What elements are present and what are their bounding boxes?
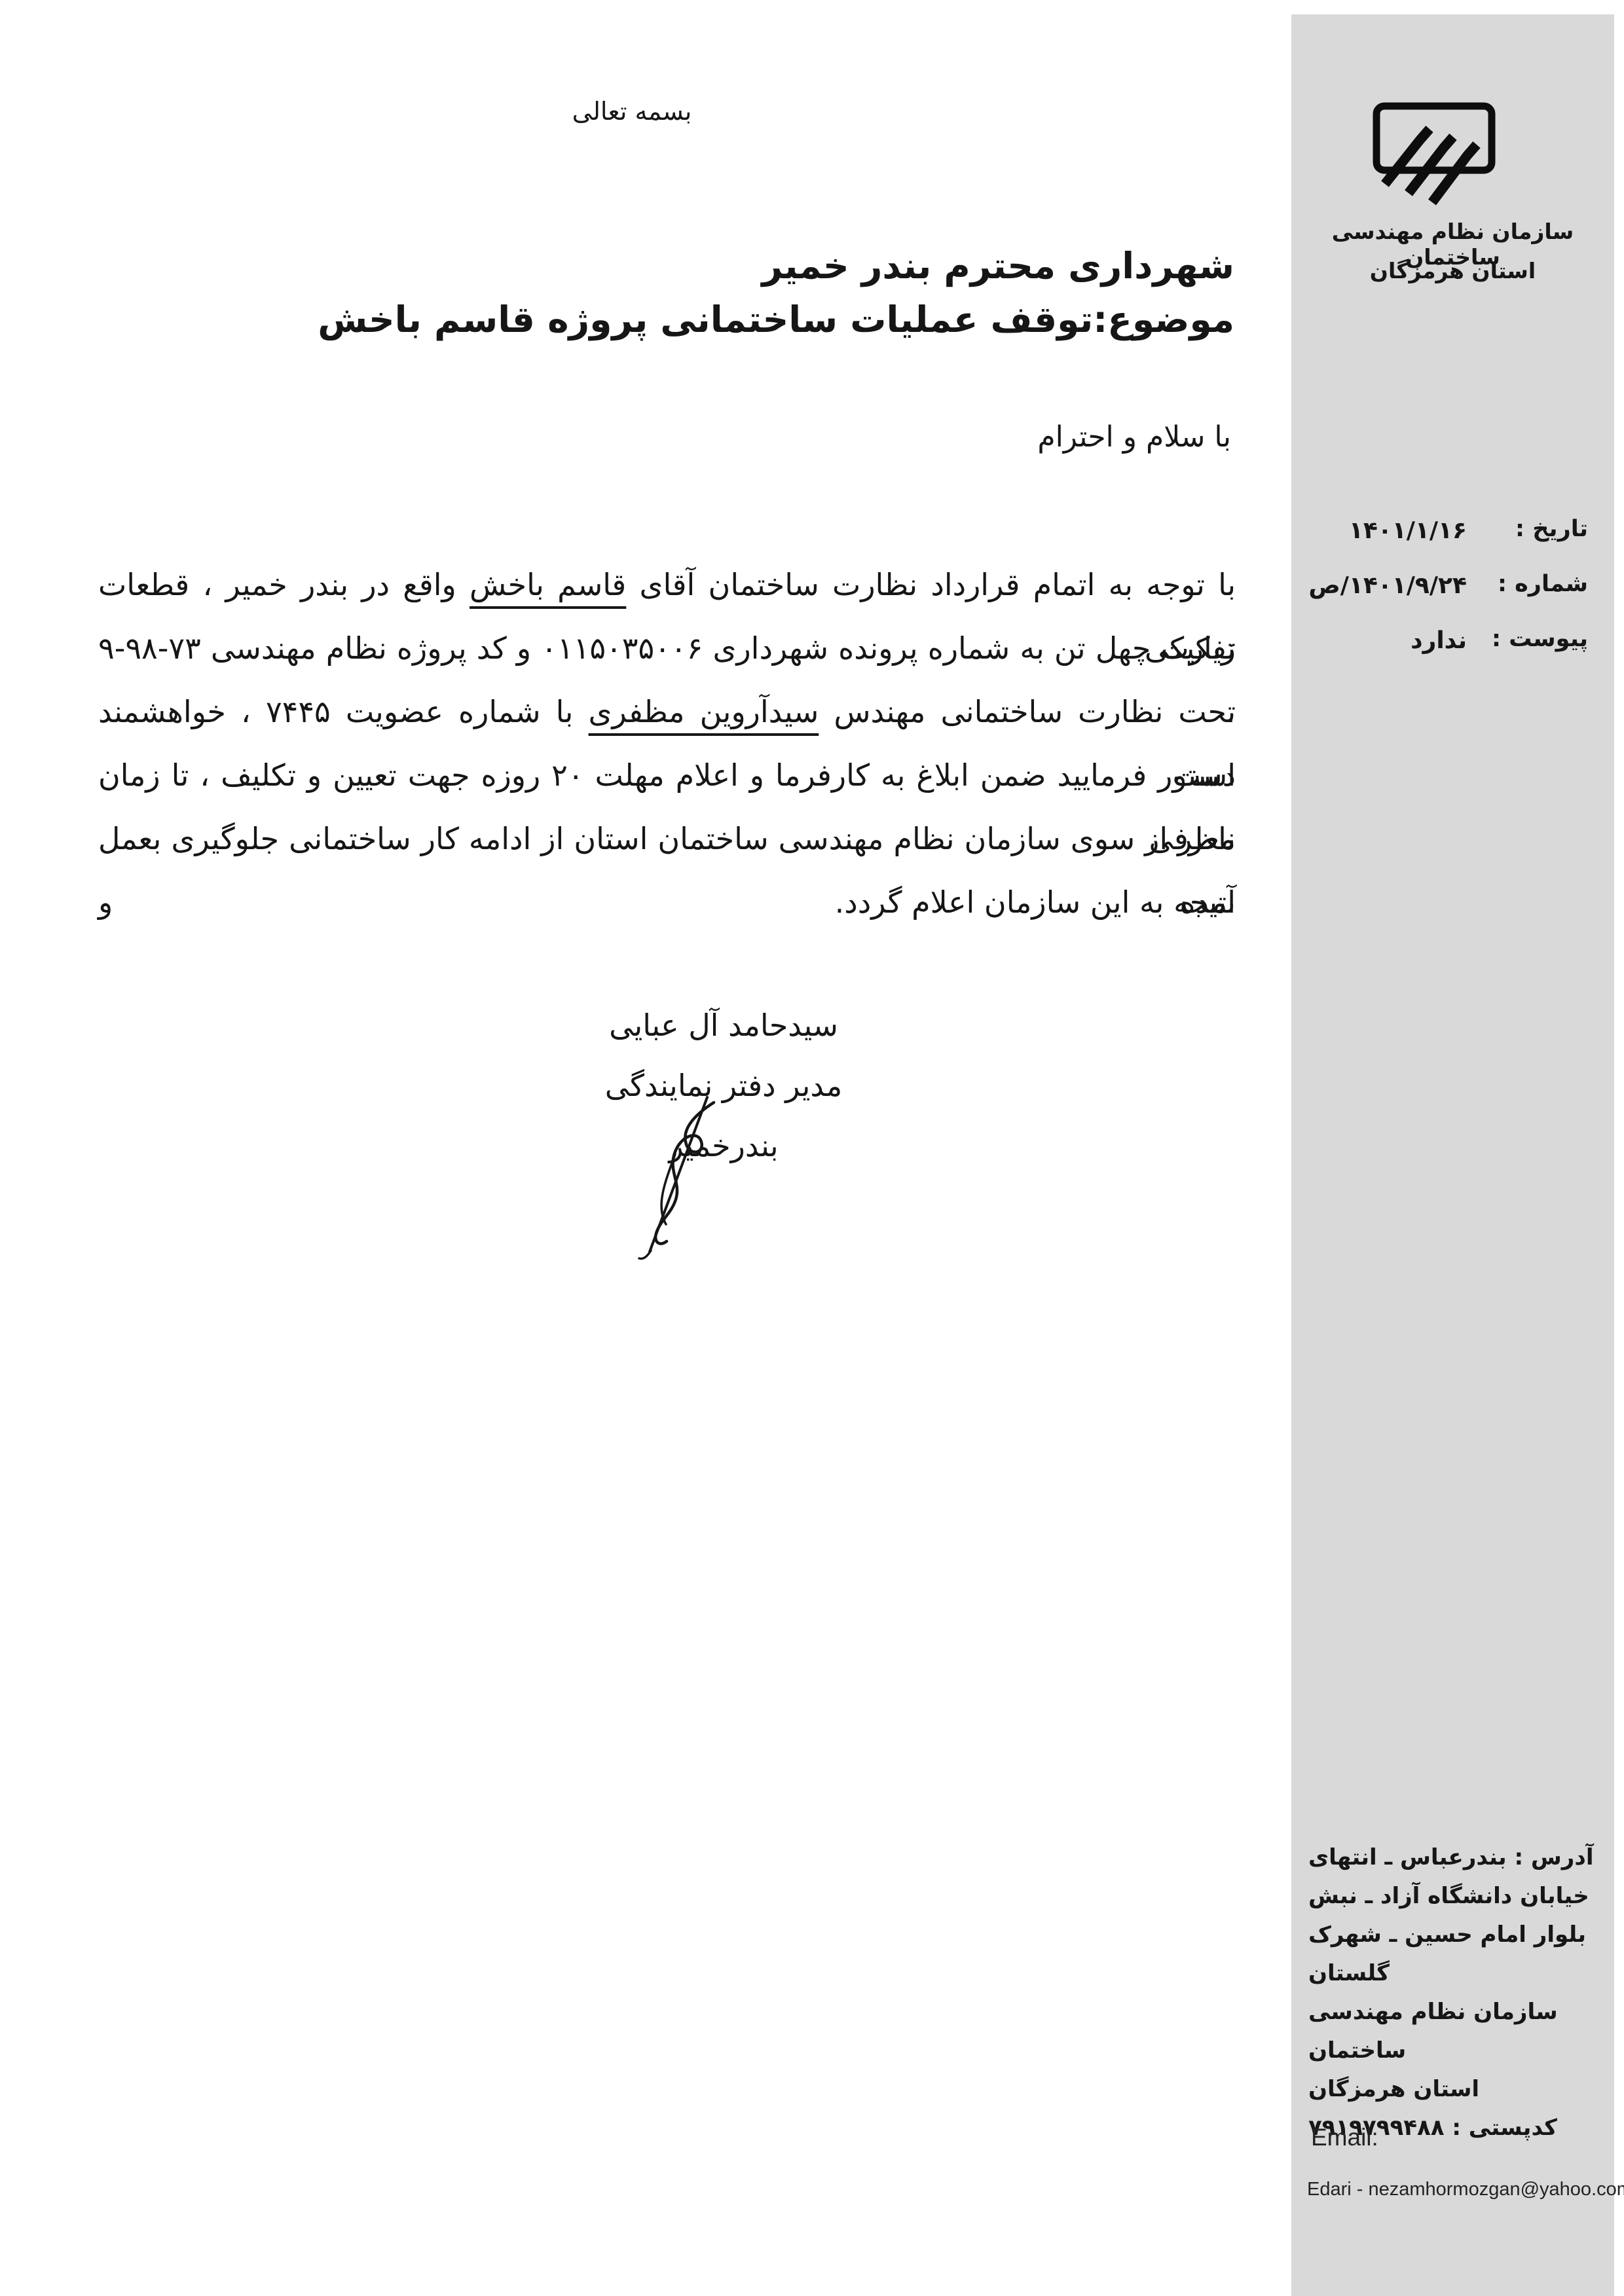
org-name-line2: استان هرمزگان	[1291, 258, 1614, 283]
letterhead-sidebar: سازمان نظام مهندسی ساختمان استان هرمزگان…	[1291, 14, 1614, 2296]
body-line: با توجه به اتمام قرارداد نظارت ساختمان آ…	[98, 553, 1236, 617]
meta-field-value: ۱۴۰۱/۹/۲۴/ص	[1308, 572, 1467, 599]
meta-field-row: ۱۴۰۱/۹/۲۴/صشماره :	[1291, 562, 1614, 617]
address-line: گلستان	[1308, 1954, 1596, 1993]
body-text-segment: با توجه به اتمام قرارداد نظارت ساختمان آ…	[626, 567, 1236, 602]
body-line: زیارت چهل تن به شماره پرونده شهرداری ۰۱۱…	[98, 617, 1236, 680]
body-text-segment: نتیجه به این سازمان اعلام گردد.	[835, 884, 1236, 920]
meta-field-label: شماره :	[1498, 571, 1588, 597]
address-line: بلوار امام حسین ـ شهرک	[1308, 1916, 1596, 1954]
salutation-line: با سلام و احترام	[1037, 420, 1231, 454]
meta-field-value: ندارد	[1411, 627, 1467, 654]
meta-field-row: ۱۴۰۱/۱/۱۶تاریخ :	[1291, 507, 1614, 562]
meta-field-label: پیوست :	[1492, 626, 1588, 652]
letter-meta-fields: ۱۴۰۱/۱/۱۶تاریخ :۱۴۰۱/۹/۲۴/صشماره :نداردپ…	[1291, 507, 1614, 672]
underlined-phrase: سیدآروین مظفری	[589, 694, 819, 729]
address-line: استان هرمزگان	[1308, 2070, 1596, 2109]
underlined-phrase: قاسم باخش	[470, 567, 626, 602]
letter-page: بسمه تعالی شهرداری محترم بندر خمیر موضوع…	[0, 0, 1624, 2296]
org-address-block: آدرس : بندرعباس ـ انتهایخیابان دانشگاه آ…	[1308, 1838, 1596, 2147]
address-line: سازمان نظام مهندسی ساختمان	[1308, 1993, 1596, 2070]
signer-name: سیدحامد آل عبایی	[547, 995, 900, 1055]
address-line: آدرس : بندرعباس ـ انتهای	[1308, 1838, 1596, 1877]
bismillah-text: بسمه تعالی	[557, 97, 707, 126]
handwritten-signature-icon	[614, 1092, 748, 1266]
body-line: تحت نظارت ساختمانی مهندس سیدآروین مظفری …	[98, 680, 1236, 744]
email-label: Email:	[1311, 2124, 1378, 2151]
subject-line: موضوع:توقف عملیات ساختمانی پروژه قاسم با…	[318, 299, 1234, 340]
meta-field-value: ۱۴۰۱/۱/۱۶	[1349, 517, 1467, 544]
meta-field-row: نداردپیوست :	[1291, 617, 1614, 672]
address-line: خیابان دانشگاه آزاد ـ نبش	[1308, 1877, 1596, 1916]
body-line: ناظر از سوی سازمان نظام مهندسی ساختمان ا…	[98, 807, 1236, 871]
nezam-mohandesi-building-logo-icon	[1372, 101, 1496, 210]
body-text-segment: تحت نظارت ساختمانی مهندس	[819, 694, 1236, 729]
body-line: دستور فرمایید ضمن ابلاغ به کارفرما و اعل…	[98, 744, 1236, 807]
letter-body: با توجه به اتمام قرارداد نظارت ساختمان آ…	[98, 553, 1236, 934]
email-address: Edari - nezamhormozgan@yahoo.com	[1307, 2179, 1624, 2200]
meta-field-label: تاریخ :	[1515, 516, 1588, 542]
recipient-line: شهرداری محترم بندر خمیر	[762, 245, 1234, 287]
